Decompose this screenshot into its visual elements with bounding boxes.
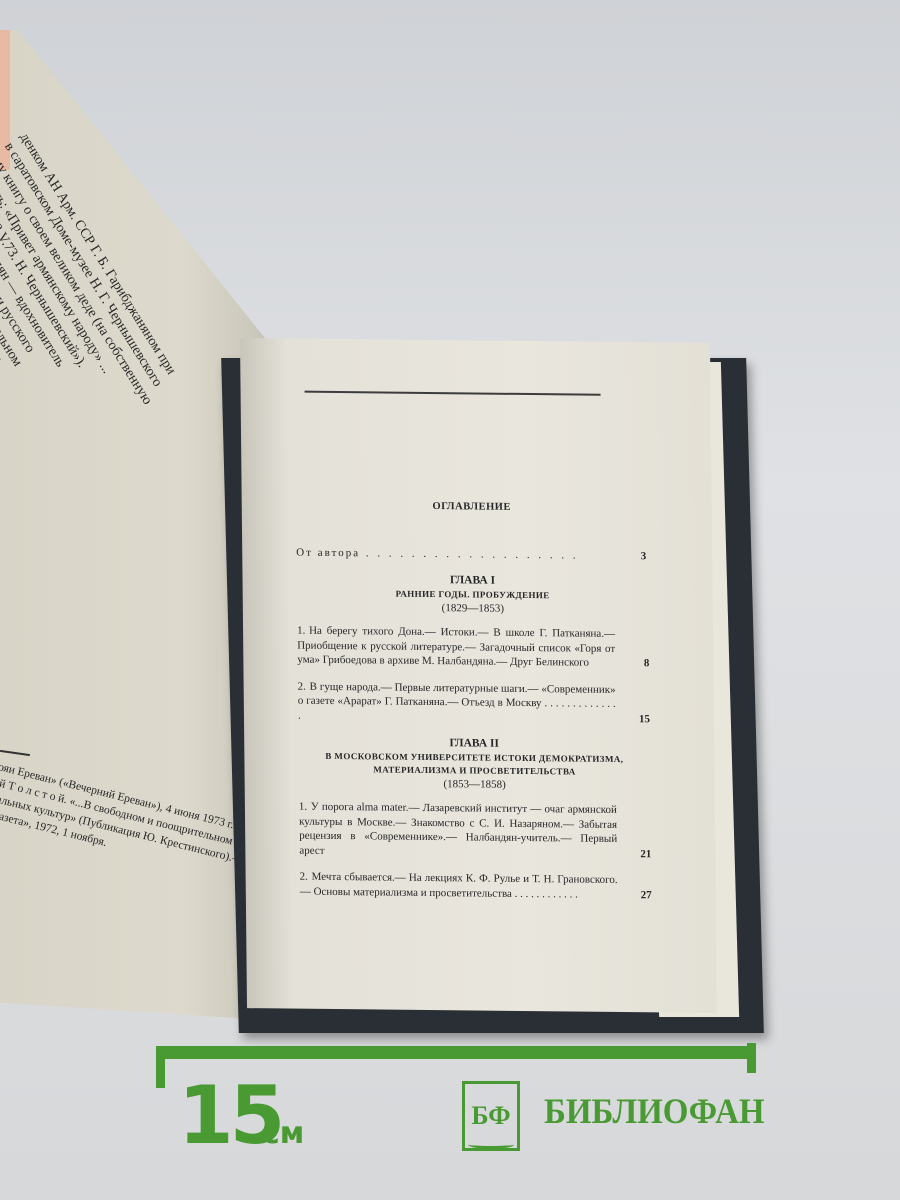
toc-title: ОГЛАВЛЕНИЕ xyxy=(296,499,648,517)
entry-number: 2. xyxy=(300,870,312,885)
chapter-years: (1853—1858) xyxy=(299,775,651,793)
chapter-subtitle: В МОСКОВСКОМ УНИВЕРСИТЕТЕ ИСТОКИ ДЕМОКРА… xyxy=(298,749,650,779)
page-number: 3 xyxy=(614,548,648,563)
toc-entry: 2.Мечта сбывается.— На лекциях К. Ф. Рул… xyxy=(300,870,652,903)
toc-entry: 2.В гуще народа.— Первые литературные ша… xyxy=(298,679,650,726)
entry-text: У порога alma mater.— Лазаревский инстит… xyxy=(299,801,617,857)
chapter-1-heading: ГЛАВА I РАННИЕ ГОДЫ. ПРОБУЖДЕНИЕ (1829—1… xyxy=(296,572,648,618)
toc-entry-intro: От автора . . . . . . . . . . . . . . . … xyxy=(296,545,648,563)
page-number: 21 xyxy=(617,846,651,861)
entry-number: 2. xyxy=(298,679,310,694)
right-page: ОГЛАВЛЕНИЕ От автора . . . . . . . . . .… xyxy=(240,338,717,1013)
entry-number: 1. xyxy=(297,624,309,639)
entry-text: В гуще народа.— Первые литературные шаги… xyxy=(298,680,616,721)
toc-entry: 1.У порога alma mater.— Лазаревский инст… xyxy=(299,800,652,862)
toc-entry: 1.На берегу тихого Дона.— Истоки.— В шко… xyxy=(297,624,649,671)
logo-mark: БФ xyxy=(471,1101,510,1131)
entry-text: Мечта сбывается.— На лекциях К. Ф. Рулье… xyxy=(300,871,618,900)
header-rule xyxy=(305,391,601,396)
entry-number: 1. xyxy=(299,800,311,815)
chapter-years: (1829—1853) xyxy=(297,599,649,617)
table-of-contents: ОГЛАВЛЕНИЕ От автора . . . . . . . . . .… xyxy=(296,499,652,915)
entry-label: От автора xyxy=(296,546,360,559)
leader-dots: . . . . . . . . . . . . . . . . . . . xyxy=(360,547,579,561)
entry-text: На берегу тихого Дона.— Истоки.— В школе… xyxy=(297,625,615,669)
size-unit: см xyxy=(262,1116,304,1151)
book-pages-icon xyxy=(468,1140,514,1149)
brand-name: БИБЛИОФАН xyxy=(544,1092,765,1133)
page-number: 8 xyxy=(615,656,649,671)
size-ruler-right-tick xyxy=(747,1043,756,1073)
chapter-2-heading: ГЛАВА II В МОСКОВСКОМ УНИВЕРСИТЕТЕ ИСТОК… xyxy=(298,735,651,794)
size-ruler-left-tick xyxy=(156,1046,165,1088)
page-number: 15 xyxy=(616,711,650,726)
page-number: 27 xyxy=(618,887,652,902)
size-ruler-bar xyxy=(156,1046,756,1059)
